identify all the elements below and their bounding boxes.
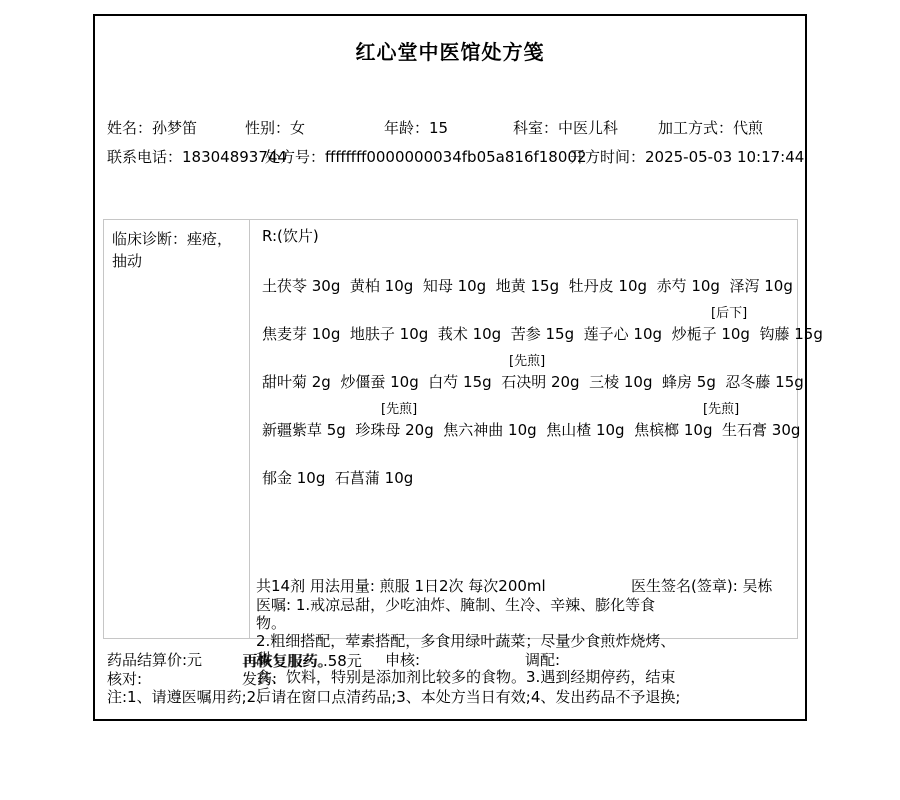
patient-gender-field: 性别：女: [245, 120, 305, 137]
herb-line: 甜叶菊 2g 炒僵蚕 10g 白芍 15g 石决明 20g 三棱 10g 蜂房 …: [262, 374, 804, 391]
department-field: 科室：中医儿科: [513, 120, 618, 137]
settlement-price-label: 药品结算价:元: [107, 652, 202, 669]
review-label: 申核:: [385, 652, 420, 669]
medical-advice-line: 医嘱: 1.戒凉忌甜，少吃油炸、腌制、生冷、辛辣、膨化等食物。: [256, 596, 676, 632]
herb-line: 新疆紫草 5g 珍珠母 20g 焦六神曲 10g 焦山楂 10g 焦槟榔 10g…: [262, 422, 800, 439]
prescription-page: 红心堂中医馆处方笺 姓名：孙梦笛 性别：女 年龄：15 科室：中医儿科 加工方式…: [93, 14, 807, 721]
patient-name-field: 姓名：孙梦笛: [107, 120, 197, 137]
decoction-annotation-xianjian: [先煎]: [381, 403, 417, 417]
page-title: 红心堂中医馆处方笺: [95, 36, 805, 65]
issue-label: 发药:: [242, 671, 277, 688]
decoction-annotation-xianjian: [先煎]: [509, 355, 545, 369]
prescription-column: R:(饮片) 土茯苓 30g 黄柏 10g 知母 10g 地黄 15g 牡丹皮 …: [251, 220, 797, 638]
diagnosis-column: 临床诊断：痤疮，抽动: [104, 220, 250, 638]
clinical-diagnosis: 临床诊断：痤疮，抽动: [112, 230, 232, 270]
herb-line: 土茯苓 30g 黄柏 10g 知母 10g 地黄 15g 牡丹皮 10g 赤芍 …: [262, 278, 793, 295]
processing-method-field: 加工方式：代煎: [658, 120, 763, 137]
check-label: 核对:: [107, 671, 142, 688]
doctor-signature: 医生签名(签章): 吴栋: [631, 578, 773, 595]
prescription-body-box: 临床诊断：痤疮，抽动 R:(饮片) 土茯苓 30g 黄柏 10g 知母 10g …: [103, 219, 798, 639]
herb-line: 焦麦芽 10g 地肤子 10g 莪术 10g 苦参 15g 莲子心 10g 炒栀…: [262, 326, 823, 343]
dosage-usage: 共14剂 用法用量: 煎服 1日2次 每次200ml: [256, 578, 546, 595]
herb-line: 郁金 10g 石菖蒲 10g: [262, 470, 413, 487]
medical-advice-line: 再恢复服药。: [242, 653, 332, 670]
decoction-annotation-xianjian: [先煎]: [703, 403, 739, 417]
dispense-label: 调配:: [525, 652, 560, 669]
patient-age-field: 年龄：15: [384, 120, 448, 137]
phone-field: 联系电话：18304893744: [107, 149, 287, 166]
fee-fragment: .58元: [323, 653, 362, 670]
footer-note: 注:1、请遵医嘱用药;2、请在窗口点清药品;3、本处方当日有效;4、发出药品不予…: [107, 689, 680, 706]
rx-header: R:(饮片): [262, 228, 319, 245]
prescription-number-field: 处方号：ffffffff0000000034fb05a816f18002: [265, 149, 586, 166]
prescription-time-field: 开方时间：2025-05-03 10:17:44: [570, 149, 804, 166]
decoction-annotation-houxia: [后下]: [711, 307, 747, 321]
